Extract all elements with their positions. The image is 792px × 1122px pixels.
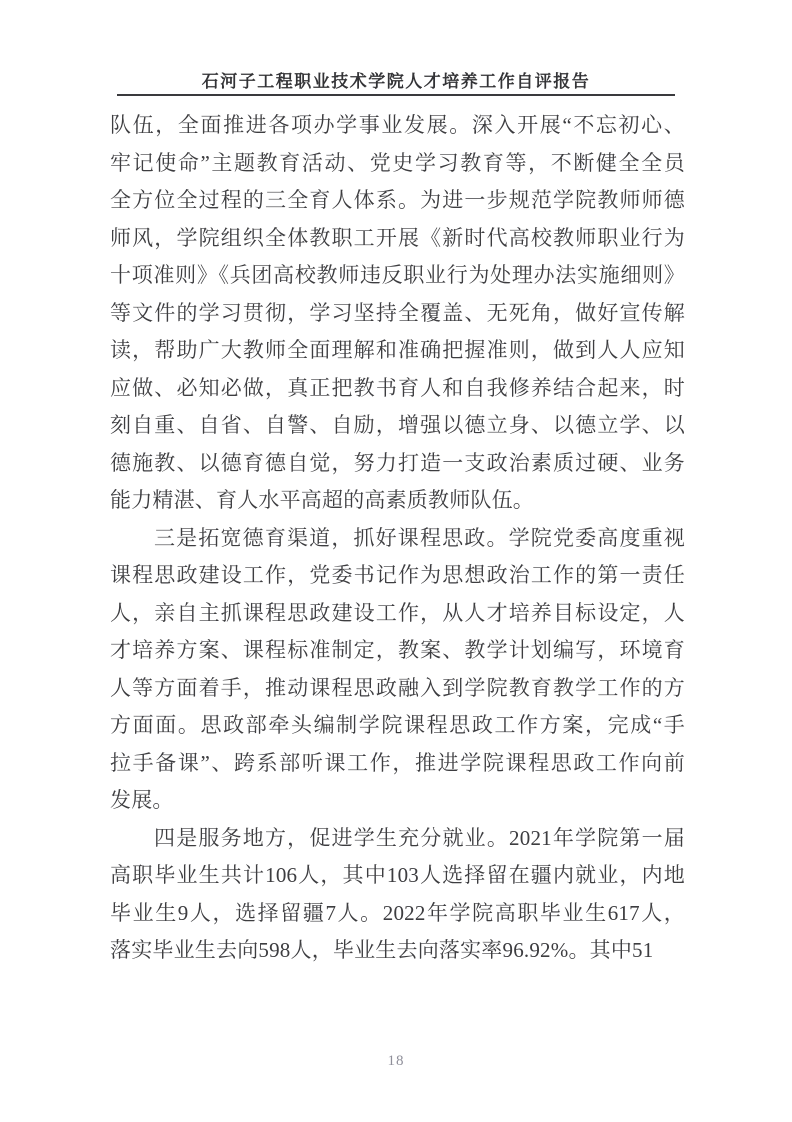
text-line: 毕业生9人，选择留疆7人。2022年学院高职毕业生617人， — [110, 895, 685, 933]
header-rule — [117, 94, 675, 96]
text-line: 十项准则》《兵团高校教师违反职业行为处理办法实施细则》 — [110, 257, 685, 295]
page-number: 18 — [0, 1053, 792, 1070]
text-line: 读，帮助广大教师全面理解和准确把握准则，做到人人应知 — [110, 332, 685, 370]
text-line: 刻自重、自省、自警、自励，增强以德立身、以德立学、以 — [110, 407, 685, 445]
text-line: 牢记使命”主题教育活动、党史学习教育等，不断健全全员 — [110, 145, 685, 183]
text-line: 四是服务地方，促进学生充分就业。2021年学院第一届 — [110, 820, 685, 858]
text-line: 才培养方案、课程标准制定，教案、教学计划编写，环境育 — [110, 632, 685, 670]
text-line: 高职毕业生共计106人，其中103人选择留在疆内就业，内地 — [110, 857, 685, 895]
document-body: 队伍，全面推进各项办学事业发展。深入开展“不忘初心、牢记使命”主题教育活动、党史… — [110, 107, 685, 970]
text-line: 发展。 — [110, 782, 685, 820]
text-line: 德施教、以德育德自觉，努力打造一支政治素质过硬、业务 — [110, 445, 685, 483]
text-line: 人，亲自主抓课程思政建设工作，从人才培养目标设定，人 — [110, 595, 685, 633]
document-page: 石河子工程职业技术学院人才培养工作自评报告 队伍，全面推进各项办学事业发展。深入… — [0, 0, 792, 1122]
text-line: 课程思政建设工作，党委书记作为思想政治工作的第一责任 — [110, 557, 685, 595]
text-line: 能力精湛、育人水平高超的高素质教师队伍。 — [110, 482, 685, 520]
text-line: 方面面。思政部牵头编制学院课程思政工作方案，完成“手 — [110, 707, 685, 745]
header-title: 石河子工程职业技术学院人才培养工作自评报告 — [0, 67, 792, 92]
text-line: 人等方面着手，推动课程思政融入到学院教育教学工作的方 — [110, 670, 685, 708]
text-line: 拉手备课”、跨系部听课工作，推进学院课程思政工作向前 — [110, 745, 685, 783]
text-line: 三是拓宽德育渠道，抓好课程思政。学院党委高度重视 — [110, 520, 685, 558]
text-line: 等文件的学习贯彻，学习坚持全覆盖、无死角，做好宣传解 — [110, 295, 685, 333]
text-line: 队伍，全面推进各项办学事业发展。深入开展“不忘初心、 — [110, 107, 685, 145]
text-line: 落实毕业生去向598人，毕业生去向落实率96.92%。其中51 — [110, 932, 685, 970]
text-line: 全方位全过程的三全育人体系。为进一步规范学院教师师德 — [110, 182, 685, 220]
text-line: 师风，学院组织全体教职工开展《新时代高校教师职业行为 — [110, 220, 685, 258]
text-line: 应做、必知必做，真正把教书育人和自我修养结合起来，时 — [110, 370, 685, 408]
